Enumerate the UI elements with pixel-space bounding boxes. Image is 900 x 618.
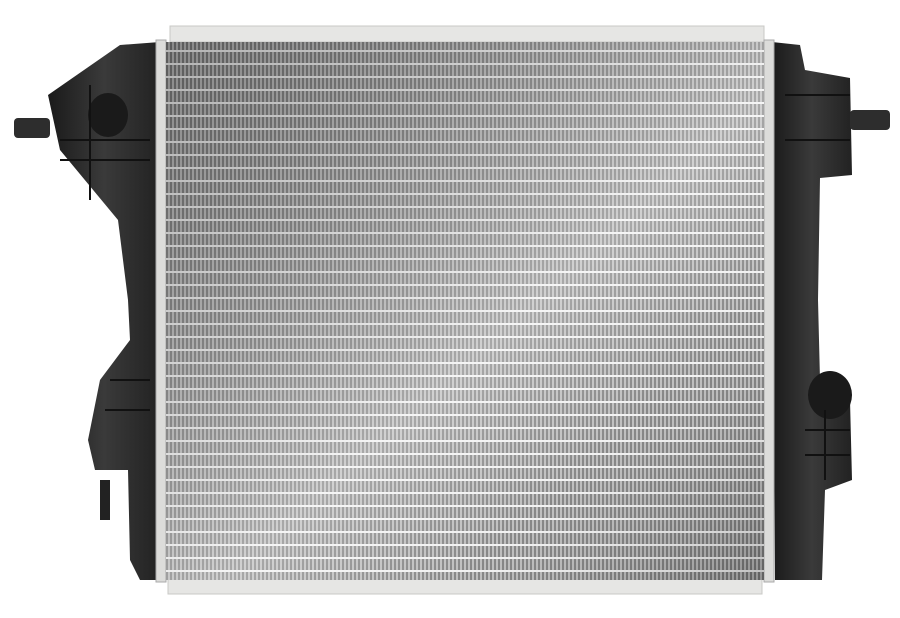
right-tank: [772, 42, 890, 580]
right-outlet-neck: [808, 371, 852, 419]
top-mounting-strip: [170, 26, 764, 42]
radiator-core: [166, 42, 764, 580]
left-pin: [14, 118, 50, 138]
left-tank: [14, 42, 160, 580]
right-pin: [850, 110, 890, 130]
left-inlet-neck: [88, 93, 128, 137]
bottom-mounting-strip: [168, 578, 762, 594]
radiator-photo: [0, 0, 900, 618]
